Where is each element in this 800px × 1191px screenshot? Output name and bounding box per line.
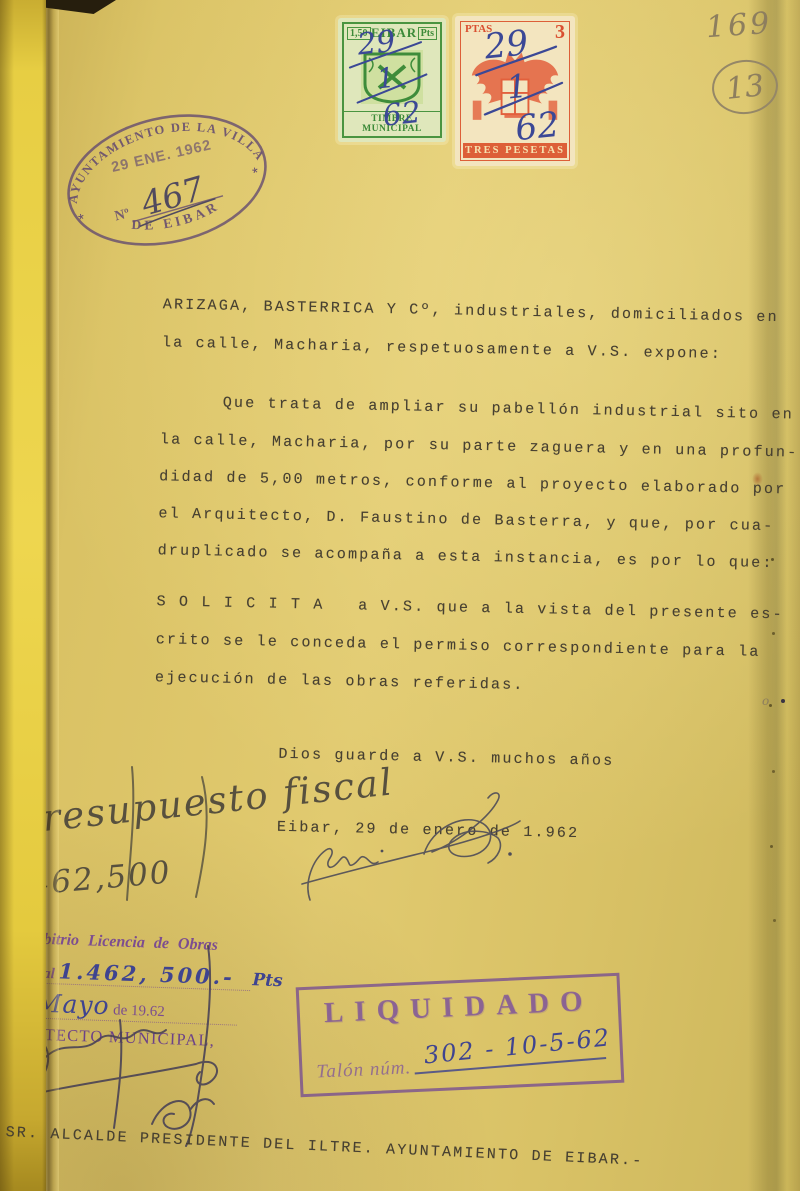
liquidado-title: LIQUIDADO xyxy=(299,984,618,1031)
margin-pen-dot xyxy=(781,699,785,703)
body-line: Que trata de ampliar su pabellón industr… xyxy=(223,395,795,424)
perforation-dots xyxy=(771,558,774,561)
body-line: la calle, Macharia, por su parte zaguera… xyxy=(160,431,799,461)
stamp-star-right: * xyxy=(251,164,261,182)
body-line: el Arquitecto, D. Faustino de Basterra, … xyxy=(158,505,774,535)
talon-number-handwritten: 302 - 10-5-62 xyxy=(423,1023,613,1069)
liquidado-stamp: LIQUIDADO Talón núm. 302 - 10-5-62 xyxy=(296,973,625,1098)
cancel-year: 62 xyxy=(381,95,422,134)
cancel-day: 29 xyxy=(482,23,531,67)
folio-number: 169 xyxy=(705,6,774,46)
margin-pen-mark: o xyxy=(762,694,769,708)
page-edge-shadow xyxy=(0,0,14,1191)
cancel-day: 29 xyxy=(355,24,397,63)
talon-label: Talón núm. xyxy=(316,1057,412,1083)
binding-crease xyxy=(42,0,59,1191)
cancellation-writing-green: 29 1 62 xyxy=(336,18,439,141)
fiscal-value-handwritten: 1.462, 500.- xyxy=(58,958,235,989)
revenue-stamp-red: PTAS 3 TRES PESETAS 29 1 62 xyxy=(455,16,575,166)
circled-page-number-text: 13 xyxy=(724,68,766,107)
body-line: druplicado se acompaña a esta instancia,… xyxy=(157,542,773,572)
body-line: la calle, Macharia, respetuosamente a V.… xyxy=(162,334,722,363)
revenue-stamp-green: 1,50 EIBAR Pts TIMBRE MUNICIPAL 29 1 62 xyxy=(338,18,446,142)
dateline: Eibar, 29 de enero de 1.962 xyxy=(277,819,580,842)
fiscal-unit-handwritten: Pts xyxy=(252,970,283,991)
body-line: crito se le conceda el permiso correspon… xyxy=(156,631,761,661)
cancellation-writing-red: 29 1 62 xyxy=(463,19,576,157)
stamp-star-left: * xyxy=(77,211,87,229)
stamp-number-label: Nº xyxy=(113,206,131,224)
paper-blemish xyxy=(752,472,763,486)
date-year: de 19.62 xyxy=(113,1002,165,1020)
cancel-year: 62 xyxy=(513,105,561,149)
body-line: S O L I C I T A a V.S. que a la vista de… xyxy=(156,593,784,623)
body-line: didad de 5,00 metros, conforme al proyec… xyxy=(159,468,787,498)
body-line: ejecución de las obras referidas. xyxy=(155,669,525,694)
